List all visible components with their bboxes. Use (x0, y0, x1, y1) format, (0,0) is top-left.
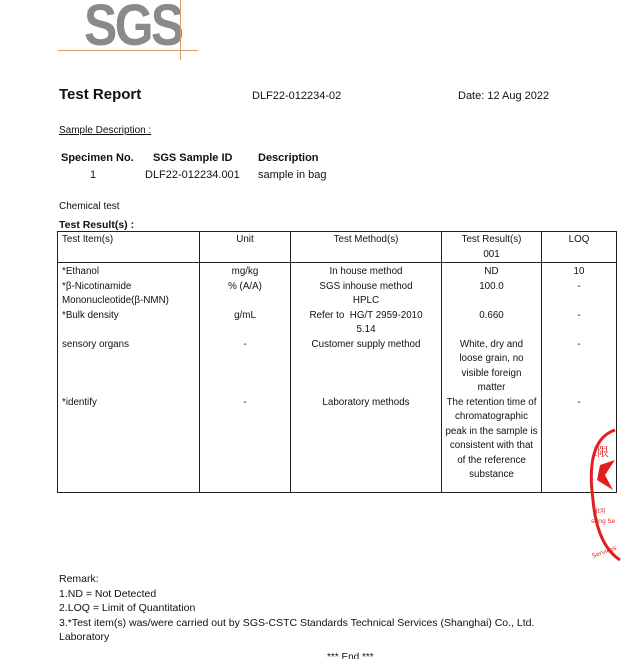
cell-unit: g/mL (200, 309, 291, 338)
cell-loq: 10 (542, 263, 617, 280)
logo-horizontal-rule (58, 50, 198, 51)
header-test-item: Test Item(s) (58, 232, 200, 263)
cell-method: Customer supply method (291, 338, 442, 396)
sample-id-header: SGS Sample ID (153, 152, 232, 164)
test-results-label: Test Result(s) : (59, 219, 134, 231)
cell-unit: % (A/A) (200, 280, 291, 309)
cell-unit: - (200, 396, 291, 493)
remark-item: 2.LOQ = Limit of Quantitation (59, 601, 569, 616)
remark-item: 1.ND = Not Detected (59, 587, 569, 602)
remarks-title: Remark: (59, 572, 569, 587)
cell-item: *Bulk density (58, 309, 200, 338)
remarks-block: Remark: 1.ND = Not Detected 2.LOQ = Limi… (59, 572, 569, 645)
cell-loq: - (542, 309, 617, 338)
remark-item: 3.*Test item(s) was/were carried out by … (59, 616, 569, 645)
header-test-result-sample: 001 (446, 248, 537, 263)
header-test-result: Test Result(s) 001 (442, 232, 542, 263)
report-number: DLF22-012234-02 (252, 90, 341, 102)
test-category: Chemical test (59, 201, 120, 212)
table-row: *identify - Laboratory methods The reten… (58, 396, 617, 493)
cell-result: The retention time of chromatographic pe… (442, 396, 542, 493)
cell-method: In house method (291, 263, 442, 280)
results-header-row: Test Item(s) Unit Test Method(s) Test Re… (58, 232, 617, 263)
cell-result: ND (442, 263, 542, 280)
cell-item: *identify (58, 396, 200, 493)
results-table: Test Item(s) Unit Test Method(s) Test Re… (57, 231, 617, 493)
cell-item: *β-Nicotinamide Mononucleotide(β-NMN) (58, 280, 200, 309)
table-row: *Bulk density g/mL Refer to HG/T 2959-20… (58, 309, 617, 338)
cell-method: Refer to HG/T 2959-2010 5.14 (291, 309, 442, 338)
company-seal-stamp: i限 Nt用 sting Se Services (575, 420, 622, 570)
cell-method: SGS inhouse method HPLC (291, 280, 442, 309)
table-row: sensory organs - Customer supply method … (58, 338, 617, 396)
cell-unit: mg/kg (200, 263, 291, 280)
svg-text:sting Se: sting Se (591, 518, 615, 525)
svg-text:Services: Services (591, 545, 617, 560)
svg-text:i限: i限 (593, 445, 609, 459)
cell-unit: - (200, 338, 291, 396)
header-unit: Unit (200, 232, 291, 263)
sgs-logo: SGS (84, 0, 182, 52)
cell-result: 0.660 (442, 309, 542, 338)
header-loq: LOQ (542, 232, 617, 263)
sample-id-value: DLF22-012234.001 (145, 169, 240, 181)
cell-item: *Ethanol (58, 263, 200, 280)
specimen-no-value: 1 (90, 169, 96, 181)
header-test-method: Test Method(s) (291, 232, 442, 263)
svg-text:Nt用: Nt用 (593, 507, 606, 515)
sample-description-label: Sample Description : (59, 125, 151, 136)
end-marker: *** End *** (327, 652, 374, 659)
cell-loq: - (542, 338, 617, 396)
cell-result: 100.0 (442, 280, 542, 309)
cell-result: White, dry and loose grain, no visible f… (442, 338, 542, 396)
cell-item: sensory organs (58, 338, 200, 396)
description-header: Description (258, 152, 319, 164)
logo-vertical-rule (180, 0, 181, 60)
description-value: sample in bag (258, 169, 327, 181)
cell-loq: - (542, 280, 617, 309)
table-row: *β-Nicotinamide Mononucleotide(β-NMN) % … (58, 280, 617, 309)
report-date: Date: 12 Aug 2022 (458, 90, 549, 102)
specimen-no-header: Specimen No. (61, 152, 134, 164)
cell-method: Laboratory methods (291, 396, 442, 493)
report-title: Test Report (59, 86, 141, 103)
table-row: *Ethanol mg/kg In house method ND 10 (58, 263, 617, 280)
header-test-result-label: Test Result(s) (446, 233, 537, 248)
